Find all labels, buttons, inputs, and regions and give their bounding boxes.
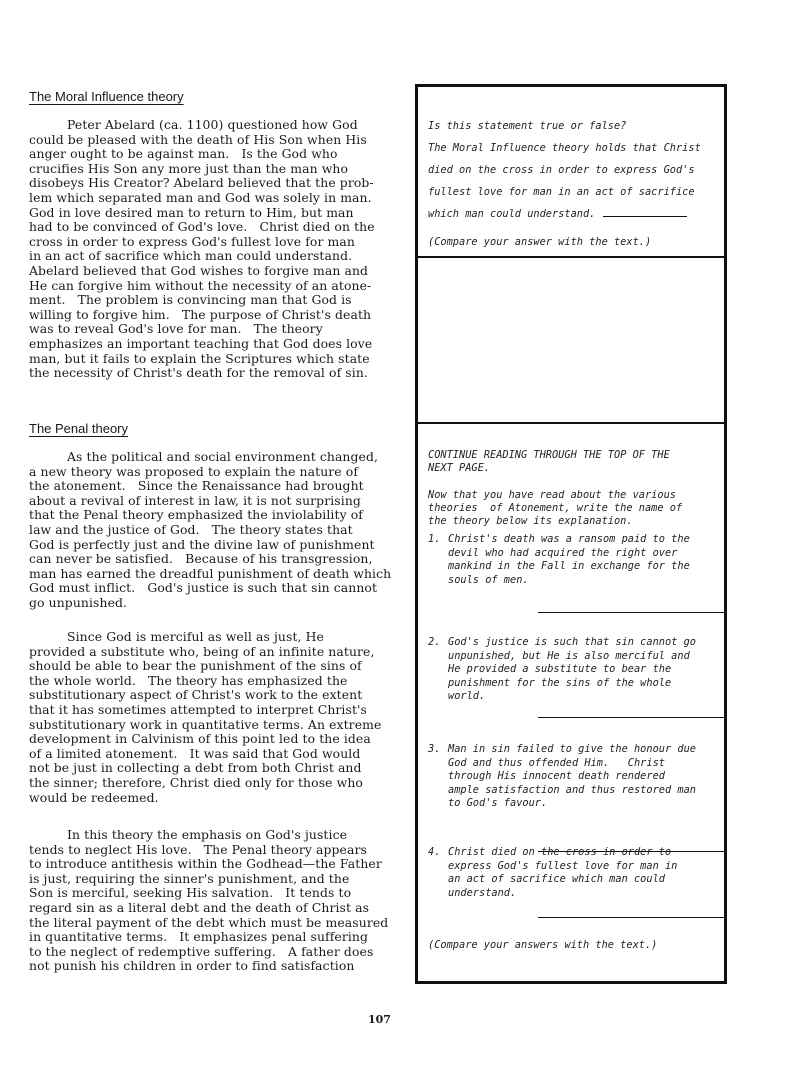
text-line: God and thus offended Him. Christ xyxy=(448,757,718,771)
exercise-item: 2.God's justice is such that sin cannot … xyxy=(428,636,718,704)
text-line: Man in sin failed to give the honour due xyxy=(448,743,718,757)
text-line: about a revival of interest in law, it i… xyxy=(29,494,417,509)
text-line: Christ's death was a ransom paid to the xyxy=(448,533,718,547)
text-line: ample satisfaction and thus restored man xyxy=(448,784,718,798)
text-line: Peter Abelard (ca. 1100) questioned how … xyxy=(29,118,417,133)
text-line: regard sin as a literal debt and the dea… xyxy=(29,901,417,916)
text-line: in quantitative terms. It emphasizes pen… xyxy=(29,930,417,945)
text-line: lem which separated man and God was sole… xyxy=(29,191,417,206)
text-line: devil who had acquired the right over xyxy=(448,547,718,561)
text-line: ment. The problem is convincing man that… xyxy=(29,293,417,308)
text-line: provided a substitute who, being of an i… xyxy=(29,645,417,660)
penal-paragraph-1: As the political and social environment … xyxy=(29,450,417,611)
text-line: As the political and social environment … xyxy=(29,450,417,465)
text-line: can never be satisfied. Because of his t… xyxy=(29,552,417,567)
text-line: development in Calvinism of this point l… xyxy=(29,732,417,747)
exercise-intro: Now that you have read about the various… xyxy=(428,489,716,528)
question-statement: The Moral Influence theory holds that Ch… xyxy=(428,137,716,225)
text-line: that it has sometimes attempted to inter… xyxy=(29,703,417,718)
text-line: go unpunished. xyxy=(29,596,417,611)
text-line: punishment for the sins of the whole xyxy=(448,677,718,691)
item-text: Christ died on the cross in order toexpr… xyxy=(428,846,718,900)
exercise-item: 4.Christ died on the cross in order toex… xyxy=(428,846,718,900)
answer-blank-1[interactable] xyxy=(538,612,724,613)
item-number: 1. xyxy=(428,533,440,547)
text-line: Christ died on the cross in order to xyxy=(448,846,718,860)
text-line: the whole world. The theory has emphasiz… xyxy=(29,674,417,689)
text-line: through His innocent death rendered xyxy=(448,770,718,784)
text-line: emphasizes an important teaching that Go… xyxy=(29,337,417,352)
text-line: God's justice is such that sin cannot go xyxy=(448,636,718,650)
text-line: to the neglect of redemptive suffering. … xyxy=(29,945,417,960)
text-line: disobeys His Creator? Abelard believed t… xyxy=(29,176,417,191)
text-line: that the Penal theory emphasized the inv… xyxy=(29,508,417,523)
text-line: CONTINUE READING THROUGH THE TOP OF THE xyxy=(428,449,716,462)
text-line: the literal payment of the debt which mu… xyxy=(29,916,417,931)
text-line: the sinner; therefore, Christ died only … xyxy=(29,776,417,791)
text-line: NEXT PAGE. xyxy=(428,462,716,475)
item-text: God's justice is such that sin cannot go… xyxy=(428,636,718,704)
exercise-item: 3.Man in sin failed to give the honour d… xyxy=(428,743,718,811)
statement-line: which man could understand. xyxy=(428,203,716,225)
statement-line: The Moral Influence theory holds that Ch… xyxy=(428,137,716,159)
text-line: man, but it fails to explain the Scriptu… xyxy=(29,352,417,367)
section-heading-penal: The Penal theory xyxy=(29,421,128,436)
text-line: would be redeemed. xyxy=(29,791,417,806)
text-line: is just, requiring the sinner's punishme… xyxy=(29,872,417,887)
text-line: had to be convinced of God's love. Chris… xyxy=(29,220,417,235)
document-page: The Moral Influence theory Peter Abelard… xyxy=(0,0,799,1088)
text-line: He can forgive him without the necessity… xyxy=(29,279,417,294)
text-line: God is perfectly just and the divine law… xyxy=(29,538,417,553)
text-line: Now that you have read about the various xyxy=(428,489,716,502)
text-line: the atonement. Since the Renaissance had… xyxy=(29,479,417,494)
text-line: anger ought to be against man. Is the Go… xyxy=(29,147,417,162)
text-line: to introduce antithesis within the Godhe… xyxy=(29,857,417,872)
answer-blank-2[interactable] xyxy=(538,717,724,718)
frame-divider xyxy=(418,256,724,258)
item-number: 4. xyxy=(428,846,440,860)
exercise-frame: Is this statement true or false? The Mor… xyxy=(415,84,727,984)
text-line: crucifies His Son any more just than the… xyxy=(29,162,417,177)
text-line: unpunished, but He is also merciful and xyxy=(448,650,718,664)
text-line: substitutionary aspect of Christ's work … xyxy=(29,688,417,703)
text-line: man has earned the dreadful punishment o… xyxy=(29,567,417,582)
text-line: God in love desired man to return to Him… xyxy=(29,206,417,221)
text-line: law and the justice of God. The theory s… xyxy=(29,523,417,538)
item-number: 2. xyxy=(428,636,440,650)
moral-influence-paragraph: Peter Abelard (ca. 1100) questioned how … xyxy=(29,118,417,381)
item-text: Man in sin failed to give the honour due… xyxy=(428,743,718,811)
compare-answers-note: (Compare your answers with the text.) xyxy=(428,939,716,951)
true-false-answer-blank[interactable] xyxy=(603,206,687,217)
text-line: He provided a substitute to bear the xyxy=(448,663,718,677)
text-line: tends to neglect His love. The Penal the… xyxy=(29,843,417,858)
text-line: mankind in the Fall in exchange for the xyxy=(448,560,718,574)
statement-line: fullest love for man in an act of sacrif… xyxy=(428,181,716,203)
text-line: In this theory the emphasis on God's jus… xyxy=(29,828,417,843)
text-line: a new theory was proposed to explain the… xyxy=(29,465,417,480)
text-line: was to reveal God's love for man. The th… xyxy=(29,322,417,337)
penal-paragraph-2: Since God is merciful as well as just, H… xyxy=(29,630,417,805)
text-line: willing to forgive him. The purpose of C… xyxy=(29,308,417,323)
statement-line: died on the cross in order to express Go… xyxy=(428,159,716,181)
text-line: should be able to bear the punishment of… xyxy=(29,659,417,674)
frame-divider xyxy=(418,422,724,424)
text-line: Abelard believed that God wishes to forg… xyxy=(29,264,417,279)
text-line: souls of men. xyxy=(448,574,718,588)
text-line: world. xyxy=(448,690,718,704)
answer-blank-4[interactable] xyxy=(538,917,724,918)
section-heading-moral-influence: The Moral Influence theory xyxy=(29,89,184,104)
item-number: 3. xyxy=(428,743,440,757)
text-line: Since God is merciful as well as just, H… xyxy=(29,630,417,645)
text-line: could be pleased with the death of His S… xyxy=(29,133,417,148)
text-line: understand. xyxy=(448,887,718,901)
text-line: substitutionary work in quantitative ter… xyxy=(29,718,417,733)
page-number: 107 xyxy=(368,1013,391,1026)
text-line: God must inflict. God's justice is such … xyxy=(29,581,417,596)
text-line: cross in order to express God's fullest … xyxy=(29,235,417,250)
true-false-question: Is this statement true or false? The Mor… xyxy=(428,115,716,253)
item-text: Christ's death was a ransom paid to thed… xyxy=(428,533,718,587)
text-line: the necessity of Christ's death for the … xyxy=(29,366,417,381)
exercise-item: 1.Christ's death was a ransom paid to th… xyxy=(428,533,718,587)
penal-paragraph-3: In this theory the emphasis on God's jus… xyxy=(29,828,417,974)
reading-instruction: CONTINUE READING THROUGH THE TOP OF THEN… xyxy=(428,449,716,475)
text-line: an act of sacrifice which man could xyxy=(448,873,718,887)
text-line: of a limited atonement. It was said that… xyxy=(29,747,417,762)
text-line: theories of Atonement, write the name of xyxy=(428,502,716,515)
text-line: not punish his children in order to find… xyxy=(29,959,417,974)
text-line: in an act of sacrifice which man could u… xyxy=(29,249,417,264)
text-line: the theory below its explanation. xyxy=(428,515,716,528)
text-line: not be just in collecting a debt from bo… xyxy=(29,761,417,776)
text-line: Son is merciful, seeking His salvation. … xyxy=(29,886,417,901)
question-prompt: Is this statement true or false? xyxy=(428,115,716,137)
compare-note: (Compare your answer with the text.) xyxy=(428,231,716,253)
text-line: express God's fullest love for man in xyxy=(448,860,718,874)
text-line: to God's favour. xyxy=(448,797,718,811)
